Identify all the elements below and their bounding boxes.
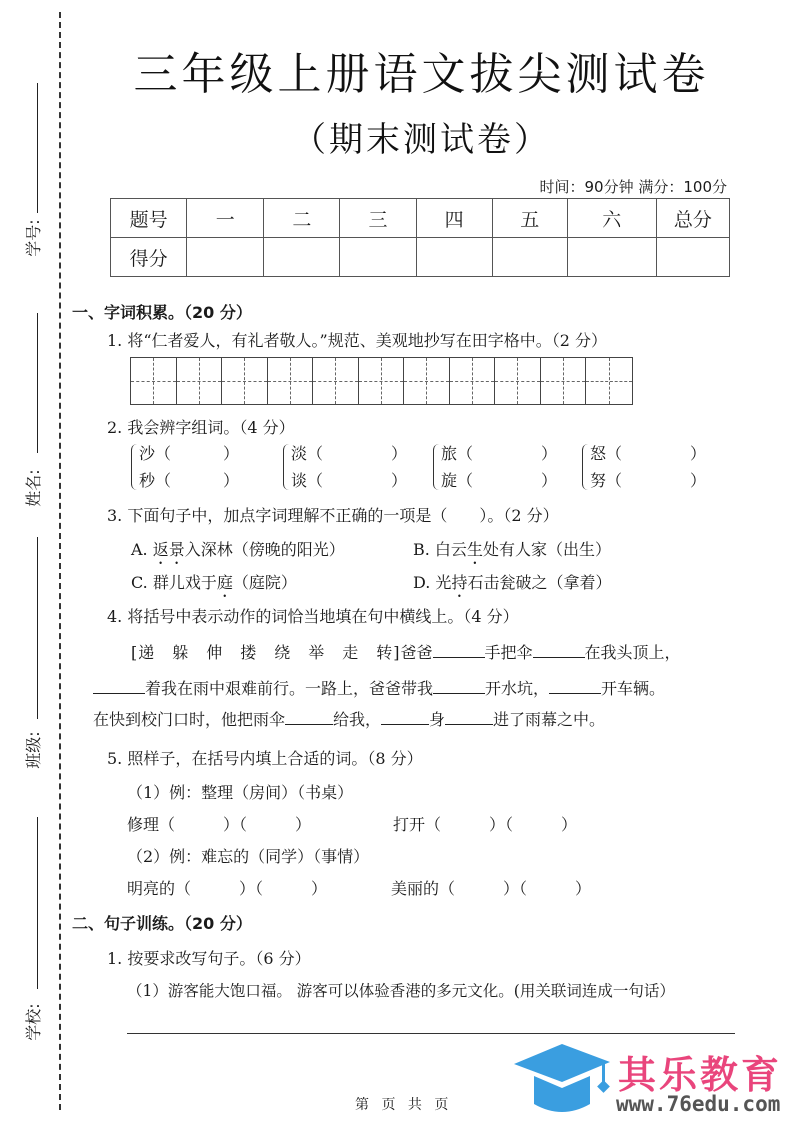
q4-line-3: 在快到校门口时，他把雨伞给我，身进了雨幕之中。 (93, 707, 605, 730)
option-prefix: C. 群儿戏于 (131, 573, 217, 592)
dotted-word: 持 (451, 573, 467, 592)
option-prefix: A. (131, 540, 153, 559)
q3-option-b[interactable]: B. 白云生处有人家（出生） (413, 537, 611, 568)
brace-icon (131, 444, 137, 490)
word-top: 淡（ (291, 444, 323, 463)
q3-option-a[interactable]: A. 返景入深林（傍晚的阳光） (131, 537, 345, 568)
q3-text: 3. 下面句子中，加点字词理解不正确的一项是（ ）。（2 分） (107, 503, 559, 526)
grid-cell[interactable] (586, 358, 632, 404)
tianzige-grid (130, 357, 633, 405)
watermark-name: 其乐教育 (618, 1044, 782, 1099)
fill-blank[interactable] (533, 641, 585, 658)
word-pair-group: 旅（） 旋（） (433, 440, 563, 494)
header-cell: 题号 (111, 199, 187, 238)
word-bank: [递 躲 伸 搂 绕 举 走 转] (131, 643, 401, 662)
fill-blank[interactable] (381, 708, 429, 725)
answer-line[interactable] (127, 1033, 735, 1034)
grid-cell[interactable] (541, 358, 587, 404)
class-line[interactable] (37, 537, 38, 719)
text-run: 开车辆。 (601, 679, 665, 698)
q5-fill-2a[interactable]: 明亮的（ ）（ ） (127, 876, 327, 899)
fill-blank[interactable] (93, 677, 145, 694)
header-cell: 三 (340, 199, 416, 238)
grid-cell[interactable] (222, 358, 268, 404)
q1-text: 1. 将“仁者爱人，有礼者敬人。”规范、美观地抄写在田字格中。（2 分） (107, 328, 607, 351)
paren-close: ） (391, 471, 407, 490)
s2-q1-text: 1. 按要求改写句子。（6 分） (107, 946, 311, 969)
word-pair-group: 沙（） 秒（） (131, 440, 261, 494)
dotted-word: 生 (467, 540, 483, 559)
header-cell: 总分 (656, 199, 729, 238)
grid-cell[interactable] (313, 358, 359, 404)
word-bottom: 努（ (590, 471, 622, 490)
text-run: 在我头顶上， (585, 643, 681, 662)
grid-cell[interactable] (404, 358, 450, 404)
score-table-score-row: 得分 (111, 238, 730, 277)
option-prefix: B. 白云 (413, 540, 467, 559)
watermark-url: www.76edu.com (616, 1092, 780, 1116)
option-prefix: D. 光 (413, 573, 451, 592)
fill-blank[interactable] (549, 677, 601, 694)
section-1-heading: 一、字词积累。（20 分） (72, 300, 252, 323)
fill-blank[interactable] (433, 641, 485, 658)
paren-close: ） (223, 444, 239, 463)
word-bottom: 旋（ (441, 471, 473, 490)
brace-icon (283, 444, 289, 490)
grid-cell[interactable] (359, 358, 405, 404)
school-label: 学校: (24, 1002, 44, 1042)
class-label: 班级: (24, 730, 44, 770)
q4-text: 4. 将括号中表示动作的词恰当地填在句中横线上。（4 分） (107, 604, 519, 627)
text-run: 进了雨幕之中。 (493, 710, 605, 729)
paren-close: ） (391, 444, 407, 463)
score-table: 题号 一 二 三 四 五 六 总分 得分 (110, 198, 730, 277)
dotted-word: 庭 (217, 573, 233, 592)
graduation-cap-icon (510, 1042, 620, 1122)
q2-text: 2. 我会辨字组词。（4 分） (107, 415, 295, 438)
grid-cell[interactable] (450, 358, 496, 404)
time-info: 时间：90分钟 满分：100分 (540, 176, 728, 197)
score-cell[interactable] (492, 238, 567, 277)
word-top: 旅（ (441, 444, 473, 463)
paren-close: ） (223, 471, 239, 490)
option-text: 石击瓮破之（拿着） (467, 573, 611, 592)
q5-example-1: （1）例：整理（房间）（书桌） (127, 780, 353, 803)
paren-close: ） (541, 471, 557, 490)
q5-fill-1b[interactable]: 打开（ ）（ ） (393, 812, 577, 835)
text-run: 身 (429, 710, 445, 729)
q5-fill-2b[interactable]: 美丽的（ ）（ ） (391, 876, 591, 899)
text-run: 开水坑， (485, 679, 549, 698)
brace-icon (582, 444, 588, 490)
header-cell: 二 (264, 199, 340, 238)
text-run: 在快到校门口时，他把雨伞 (93, 710, 285, 729)
name-label: 姓名: (24, 468, 44, 508)
fill-blank[interactable] (285, 708, 333, 725)
word-bottom: 秒（ (139, 471, 171, 490)
header-cell: 五 (492, 199, 567, 238)
score-cell[interactable] (656, 238, 729, 277)
word-pair-group: 怒（） 努（） (582, 440, 712, 494)
paren-close: ） (690, 471, 706, 490)
q4-line-2: 着我在雨中艰难前行。一路上，爸爸带我开水坑，开车辆。 (93, 676, 665, 699)
score-cell[interactable] (264, 238, 340, 277)
q3-option-c[interactable]: C. 群儿戏于庭（庭院） (131, 570, 297, 601)
grid-cell[interactable] (177, 358, 223, 404)
option-text: 处有人家（出生） (483, 540, 611, 559)
q3-option-d[interactable]: D. 光持石击瓮破之（拿着） (413, 570, 611, 601)
name-line[interactable] (37, 313, 38, 453)
word-top: 沙（ (139, 444, 171, 463)
text-run: 着我在雨中艰难前行。一路上，爸爸带我 (145, 679, 433, 698)
grid-cell[interactable] (131, 358, 177, 404)
score-cell[interactable] (416, 238, 492, 277)
text-run: 给我， (333, 710, 381, 729)
score-cell[interactable] (567, 238, 656, 277)
watermark-logo: 其乐教育 www.76edu.com (510, 1042, 793, 1122)
school-line[interactable] (37, 817, 38, 989)
word-pair-group: 淡（） 谈（） (283, 440, 413, 494)
text-run: 爸爸 (401, 643, 433, 662)
grid-cell[interactable] (268, 358, 314, 404)
q4-line-1: [递 躲 伸 搂 绕 举 走 转]爸爸手把伞在我头顶上， (131, 640, 681, 663)
paren-close: ） (541, 444, 557, 463)
text-run: 手把伞 (485, 643, 533, 662)
fill-blank[interactable] (445, 708, 493, 725)
student-id-label: 学号: (24, 218, 44, 258)
header-cell: 一 (187, 199, 264, 238)
word-top: 怒（ (590, 444, 622, 463)
header-cell: 六 (567, 199, 656, 238)
header-cell: 四 (416, 199, 492, 238)
page-title: 三年级上册语文拔尖测试卷 (0, 38, 793, 102)
cut-line (59, 12, 61, 1110)
dotted-word: 返景 (153, 540, 185, 559)
score-cell[interactable] (340, 238, 416, 277)
brace-icon (433, 444, 439, 490)
word-bottom: 谈（ (291, 471, 323, 490)
fill-blank[interactable] (433, 677, 485, 694)
grid-cell[interactable] (495, 358, 541, 404)
score-cell[interactable] (187, 238, 264, 277)
score-table-header-row: 题号 一 二 三 四 五 六 总分 (111, 199, 730, 238)
q5-example-2: （2）例：难忘的（同学）（事情） (127, 844, 369, 867)
paren-close: ） (690, 444, 706, 463)
q5-fill-1a[interactable]: 修理（ ）（ ） (127, 812, 311, 835)
score-row-label: 得分 (111, 238, 187, 277)
page-subtitle: （期末测试卷） (0, 112, 793, 161)
q5-text: 5. 照样子，在括号内填上合适的词。（8 分） (107, 746, 423, 769)
s2-q1-sub1: （1）游客能大饱口福。 游客可以体验香港的多元文化。(用关联词连成一句话） (127, 979, 675, 1001)
option-text: （庭院） (233, 573, 297, 592)
section-2-heading: 二、句子训练。（20 分） (72, 911, 252, 934)
option-text: 入深林（傍晚的阳光） (185, 540, 345, 559)
page-number: 第 页 共 页 (355, 1094, 452, 1114)
